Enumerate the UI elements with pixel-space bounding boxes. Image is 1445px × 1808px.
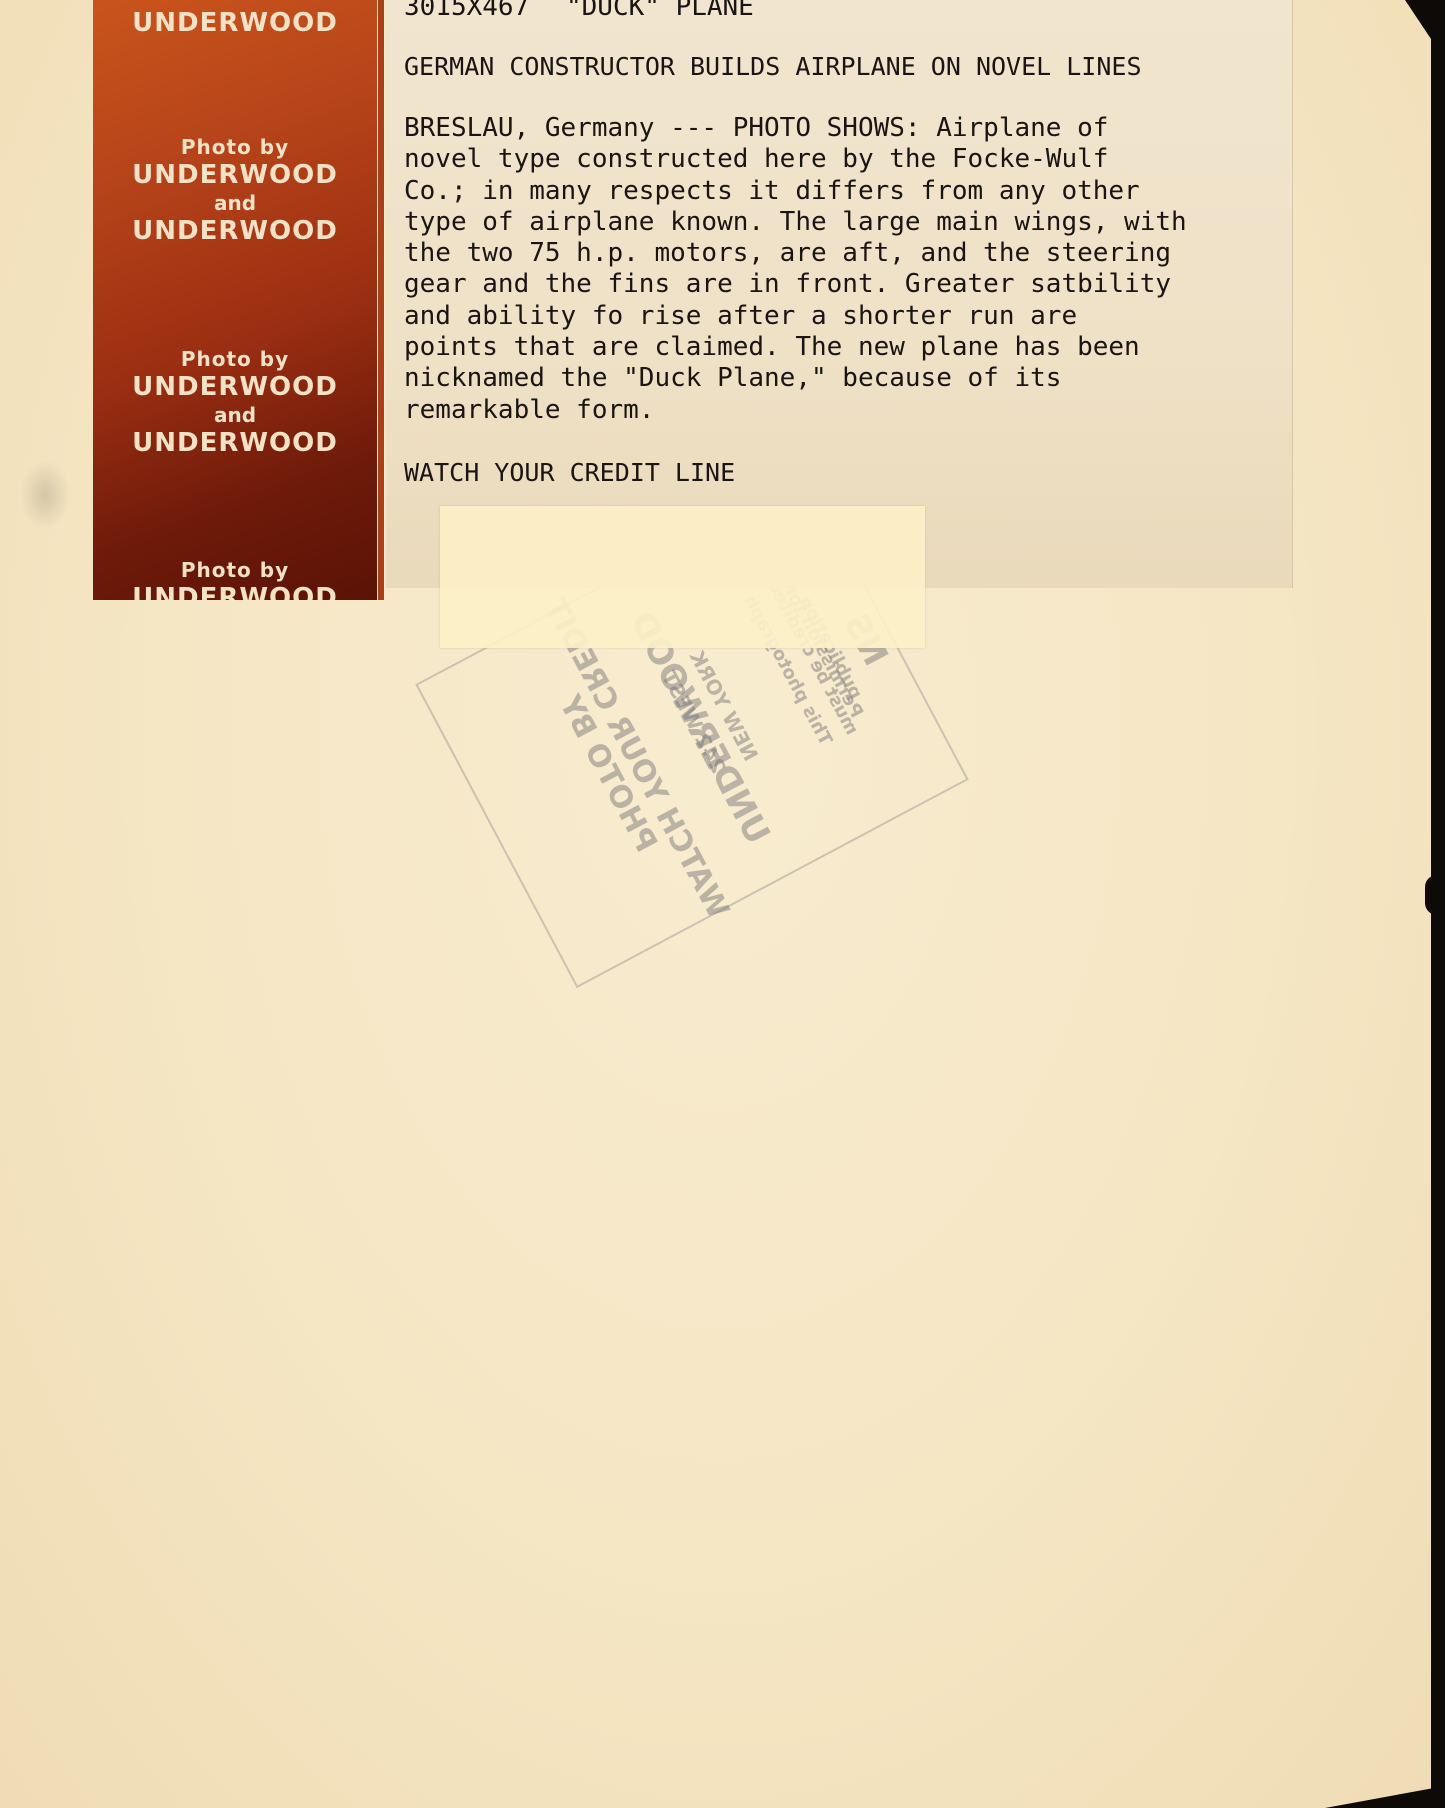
body-line: gear and the fins are in front. Greater … xyxy=(404,269,1171,299)
body-line: BRESLAU, Germany --- PHOTO SHOWS: Airpla… xyxy=(404,113,1108,143)
credit-and: and xyxy=(93,190,377,216)
credit-name: UNDERWOOD xyxy=(93,428,377,458)
background-corner xyxy=(1405,0,1445,60)
body-line: the two 75 h.p. motors, are aft, and the… xyxy=(404,238,1171,268)
credit-name: UNDERWOOD xyxy=(93,372,377,402)
credit-and: and xyxy=(93,402,377,428)
credit-block-2: Photo by UNDERWOOD and UNDERWOOD xyxy=(93,134,377,246)
slug: "DUCK" PLANE xyxy=(566,0,754,22)
credit-block-1: UNDERWOOD xyxy=(93,8,377,38)
body-line: Co.; in many respects it differs from an… xyxy=(404,176,1140,206)
body-line: points that are claimed. The new plane h… xyxy=(404,332,1140,362)
credit-photo-by: Photo by xyxy=(93,557,377,583)
body-line: remarkable form. xyxy=(404,395,654,425)
body-line: novel type constructed here by the Focke… xyxy=(404,144,1108,174)
body-line: type of airplane known. The large main w… xyxy=(404,207,1187,237)
headline: GERMAN CONSTRUCTOR BUILDS AIRPLANE ON NO… xyxy=(404,52,1142,81)
credit-strip: UNDERWOOD Photo by UNDERWOOD and UNDERWO… xyxy=(93,0,377,600)
photo-back-paper: UNDERWOOD Photo by UNDERWOOD and UNDERWO… xyxy=(0,0,1438,1808)
credit-name: UNDERWOOD xyxy=(93,160,377,190)
body-line: and ability fo rise after a shorter run … xyxy=(404,301,1077,331)
credit-block-4: Photo by UNDERWOOD xyxy=(93,557,377,600)
adhesive-tape xyxy=(440,506,925,648)
caption-slip: 3015X467 "DUCK" PLANE GERMAN CONSTRUCTOR… xyxy=(386,0,1293,588)
paper-notch xyxy=(1425,875,1445,915)
credit-name: UNDERWOOD xyxy=(93,583,377,600)
credit-name: UNDERWOOD xyxy=(93,216,377,246)
background-corner xyxy=(1325,1786,1445,1808)
credit-photo-by: Photo by xyxy=(93,346,377,372)
body-line: nicknamed the "Duck Plane," because of i… xyxy=(404,363,1061,393)
credit-block-3: Photo by UNDERWOOD and UNDERWOOD xyxy=(93,346,377,458)
credit-photo-by: Photo by xyxy=(93,134,377,160)
credit-line-notice: WATCH YOUR CREDIT LINE xyxy=(404,458,735,487)
file-number: 3015X467 xyxy=(404,0,529,22)
smudge-mark xyxy=(20,460,70,530)
credit-strip-border xyxy=(378,0,384,600)
credit-name: UNDERWOOD xyxy=(93,8,377,38)
